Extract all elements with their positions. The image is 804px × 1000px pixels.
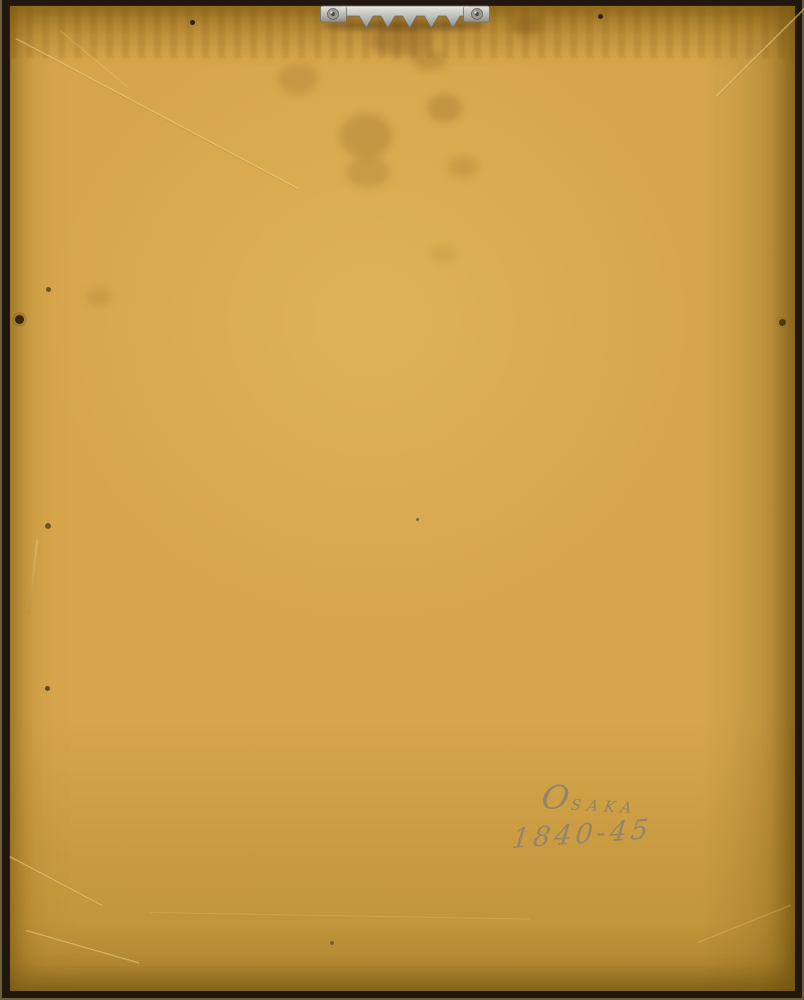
stain [346,156,390,188]
tack-hole [45,523,51,529]
stain [512,16,542,36]
stain [86,288,112,306]
crease [15,38,298,190]
tack-hole [779,319,786,326]
screw-icon [328,9,339,20]
crease [150,912,530,921]
tack-hole [330,941,334,945]
tack-hole [416,518,419,521]
stain [448,156,478,178]
stain [430,246,456,262]
stain [278,64,318,94]
crease [9,856,103,907]
handwritten-annotation: Osaka 1840-45 [512,780,652,850]
framed-artwork-back: Osaka 1840-45 [0,0,804,1000]
sawtooth-bar [342,6,468,28]
tack-hole [190,20,195,25]
stain [412,50,446,70]
crease [698,905,791,944]
tack-hole [45,686,50,691]
tack-hole [46,287,51,292]
annotation-date: 1840-45 [511,814,654,855]
tack-hole [15,315,24,324]
crease [25,930,139,964]
tack-hole [598,14,603,19]
stain [340,114,392,158]
backing-paper [10,6,795,991]
screw-icon [472,9,483,20]
stain [428,94,462,122]
crease [28,540,38,615]
sawtooth-hanger-icon [320,4,490,32]
